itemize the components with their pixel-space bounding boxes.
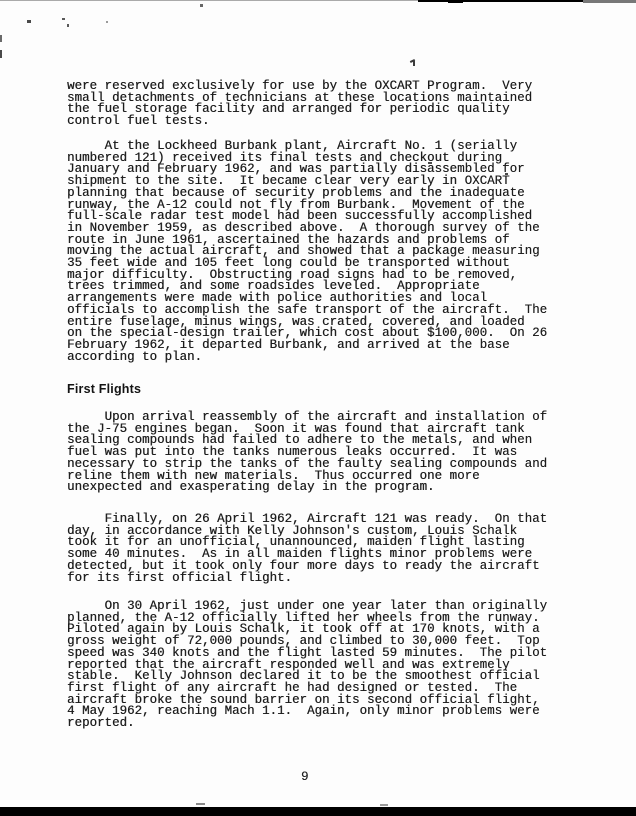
section-heading-first-flights: First Flights	[67, 383, 141, 395]
scan-speck	[62, 18, 65, 20]
scan-speck	[27, 20, 31, 23]
paragraph-official-first-flight: On 30 April 1962, just under one year la…	[67, 601, 547, 730]
scan-artifact-top-edge-line	[0, 0, 420, 1]
scan-speck	[413, 61, 415, 66]
scan-speck	[0, 50, 2, 58]
scan-artifact-top-edge-dark	[418, 0, 585, 2]
scan-speck	[0, 35, 2, 42]
paragraph-reassembly-leaks: Upon arrival reassembly of the aircraft …	[67, 412, 547, 494]
scan-speck	[380, 804, 388, 806]
scan-speck	[67, 24, 69, 27]
paragraph-fuel-tests: were reserved exclusively for use by the…	[67, 81, 532, 128]
scan-artifact-top-edge-gray	[583, 0, 636, 3]
scan-artifact-top-edge-blob	[448, 0, 463, 3]
scan-speck	[200, 4, 203, 7]
scanned-document-page: were reserved exclusively for use by the…	[0, 0, 636, 816]
paragraph-burbank-transport: At the Lockheed Burbank plant, Aircraft …	[67, 141, 547, 363]
page-number: 9	[301, 771, 309, 783]
scan-speck	[106, 21, 108, 23]
scan-artifact-bottom-bar	[0, 807, 636, 816]
paragraph-maiden-flight: Finally, on 26 April 1962, Aircraft 121 …	[67, 514, 547, 584]
scan-speck	[196, 803, 205, 805]
